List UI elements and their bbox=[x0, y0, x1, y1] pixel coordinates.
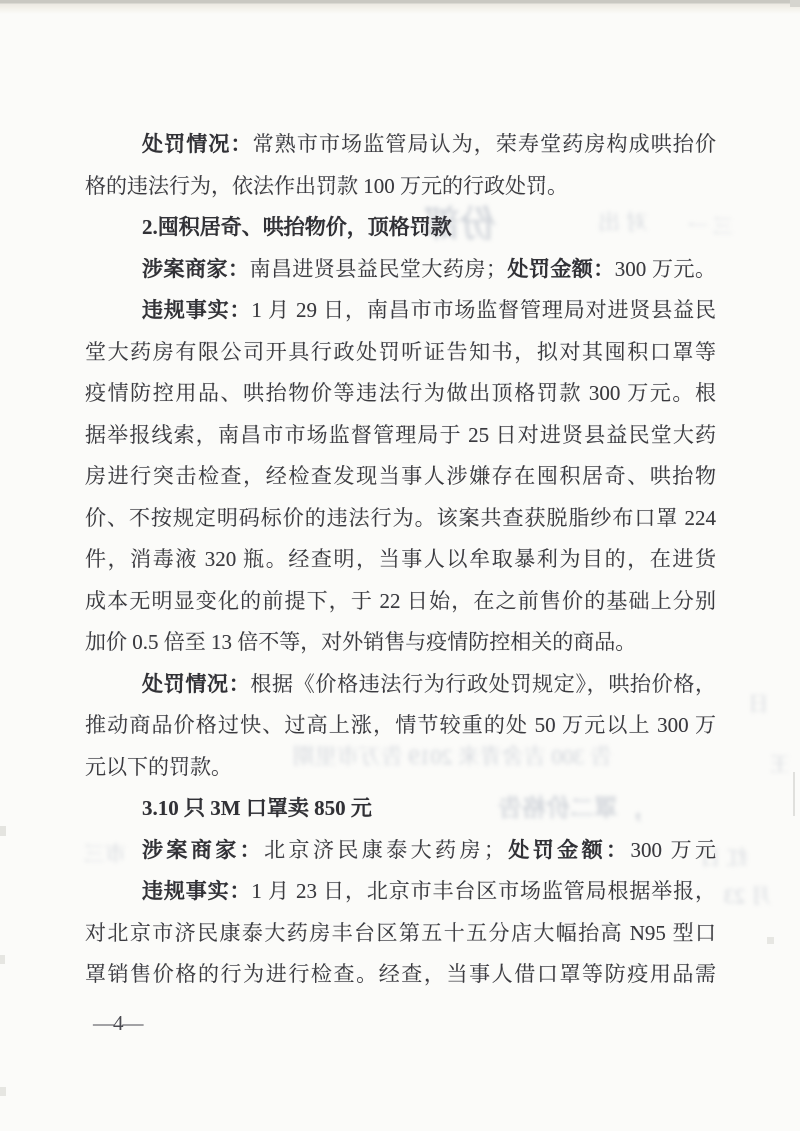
text-segment: 据举报线索，南昌市市场监督管理局于 25 日对进贤县益民堂大药 bbox=[85, 423, 716, 447]
bleed-through-text: 月 23 bbox=[724, 880, 771, 910]
text-segment: 1 月 29 日，南昌市市场监督管理局对进贤县益民 bbox=[251, 298, 716, 322]
text-segment: 南昌进贤县益民堂大药房； bbox=[249, 257, 506, 281]
text-line: 处罚情况：根据《价格违法行为行政处罚规定》，哄抬价格， bbox=[85, 664, 716, 706]
text-segment: 对北京市济民康泰大药房丰台区第五十五分店大幅抬高 N95 型口 bbox=[85, 921, 716, 945]
text-segment: 1 月 23 日，北京市丰台区市场监管局根据举报， bbox=[251, 879, 716, 903]
text-segment: 房进行突击检查，经检查发现当事人涉嫌存在囤积居奇、哄抬物 bbox=[85, 464, 716, 488]
text-segment: 北京济民康泰大药房； bbox=[264, 838, 505, 862]
bleed-through-text: 日 bbox=[748, 688, 769, 718]
text-line: 价、不按规定明码标价的违法行为。该案共查获脱脂纱布口罩 224 bbox=[85, 498, 716, 540]
document-body: 处罚情况：常熟市市场监管局认为，荣寿堂药房构成哄抬价格的违法行为，依法作出罚款 … bbox=[85, 124, 716, 996]
text-segment: 格的违法行为，依法作出罚款 100 万元的行政处罚。 bbox=[85, 174, 568, 198]
text-segment-bold: 涉案商家： bbox=[142, 838, 264, 862]
text-line: 堂大药房有限公司开具行政处罚听证告知书，拟对其囤积口罩等 bbox=[85, 332, 716, 374]
text-segment-bold: 处罚情况： bbox=[142, 132, 253, 156]
text-segment-bold: 涉案商家： bbox=[142, 257, 249, 281]
text-segment-bold: 处罚金额： bbox=[507, 257, 615, 281]
text-segment: 成本无明显变化的前提下，于 22 日始，在之前售价的基础上分别 bbox=[85, 589, 716, 613]
text-line: 3.10 只 3M 口罩卖 850 元 bbox=[85, 788, 716, 830]
bleed-through-text: 王 bbox=[770, 748, 790, 777]
text-line: 据举报线索，南昌市市场监督管理局于 25 日对进贤县益民堂大药 bbox=[85, 415, 716, 457]
text-segment: 堂大药房有限公司开具行政处罚听证告知书，拟对其囤积口罩等 bbox=[85, 340, 716, 364]
text-segment-bold: 处罚情况： bbox=[142, 672, 250, 696]
scan-artifact bbox=[767, 937, 774, 944]
text-segment: 疫情防控用品、哄抬物价等违法行为做出顶格罚款 300 万元。根 bbox=[85, 381, 716, 405]
text-line: 加价 0.5 倍至 13 倍不等，对外销售与疫情防控相关的商品。 bbox=[85, 622, 716, 664]
text-line: 罩销售价格的行为进行检查。经查，当事人借口罩等防疫用品需 bbox=[85, 954, 716, 996]
scanned-document-page: 份部对 出三 一告 300 吉舍青来 2019 告万市里期王，罩二价格告市三红 … bbox=[0, 0, 800, 1131]
text-line: 2.囤积居奇、哄抬物价，顶格罚款 bbox=[85, 207, 716, 249]
text-line: 格的违法行为，依法作出罚款 100 万元的行政处罚。 bbox=[85, 166, 716, 208]
text-segment: 300 万元。 bbox=[615, 257, 716, 281]
text-line: 违规事实：1 月 29 日，南昌市市场监督管理局对进贤县益民 bbox=[85, 290, 716, 332]
text-segment-bold: 3.10 只 3M 口罩卖 850 元 bbox=[142, 796, 372, 820]
scan-artifact bbox=[0, 826, 6, 836]
text-line: 涉案商家：南昌进贤县益民堂大药房；处罚金额：300 万元。 bbox=[85, 249, 716, 291]
text-line: 违规事实：1 月 23 日，北京市丰台区市场监管局根据举报， bbox=[85, 871, 716, 913]
page-number: —4— bbox=[93, 1009, 143, 1037]
text-segment: 常熟市市场监管局认为，荣寿堂药房构成哄抬价 bbox=[253, 132, 716, 156]
text-segment: 元以下的罚款。 bbox=[85, 755, 232, 779]
scan-artifact bbox=[0, 955, 5, 964]
text-segment: 罩销售价格的行为进行检查。经查，当事人借口罩等防疫用品需 bbox=[85, 962, 716, 986]
text-segment: 300 万元 bbox=[630, 838, 716, 862]
scan-corner-artifact bbox=[790, 0, 800, 7]
text-segment: 根据《价格违法行为行政处罚规定》，哄抬价格， bbox=[250, 672, 716, 696]
text-segment-bold: 违规事实： bbox=[142, 879, 251, 903]
text-line: 涉案商家：北京济民康泰大药房；处罚金额：300 万元 bbox=[85, 830, 716, 872]
scan-edge-artifact bbox=[0, 0, 800, 14]
text-segment-bold: 处罚金额： bbox=[505, 838, 631, 862]
text-line: 成本无明显变化的前提下，于 22 日始，在之前售价的基础上分别 bbox=[85, 581, 716, 623]
text-segment: 推动商品价格过快、过高上涨，情节较重的处 50 万元以上 300 万 bbox=[85, 713, 716, 737]
text-line: 房进行突击检查，经检查发现当事人涉嫌存在囤积居奇、哄抬物 bbox=[85, 456, 716, 498]
scan-artifact bbox=[0, 1087, 6, 1096]
text-line: 推动商品价格过快、过高上涨，情节较重的处 50 万元以上 300 万 bbox=[85, 705, 716, 747]
text-segment-bold: 2.囤积居奇、哄抬物价，顶格罚款 bbox=[142, 215, 452, 239]
text-line: 疫情防控用品、哄抬物价等违法行为做出顶格罚款 300 万元。根 bbox=[85, 373, 716, 415]
text-line: 对北京市济民康泰大药房丰台区第五十五分店大幅抬高 N95 型口 bbox=[85, 913, 716, 955]
text-line: 处罚情况：常熟市市场监管局认为，荣寿堂药房构成哄抬价 bbox=[85, 124, 716, 166]
scan-artifact bbox=[793, 772, 795, 816]
text-segment: 价、不按规定明码标价的违法行为。该案共查获脱脂纱布口罩 224 bbox=[85, 506, 716, 530]
text-line: 件，消毒液 320 瓶。经查明，当事人以牟取暴利为目的，在进货 bbox=[85, 539, 716, 581]
text-segment: 件，消毒液 320 瓶。经查明，当事人以牟取暴利为目的，在进货 bbox=[85, 547, 716, 571]
text-segment-bold: 违规事实： bbox=[142, 298, 251, 322]
text-segment: 加价 0.5 倍至 13 倍不等，对外销售与疫情防控相关的商品。 bbox=[85, 630, 636, 654]
text-line: 元以下的罚款。 bbox=[85, 747, 716, 789]
